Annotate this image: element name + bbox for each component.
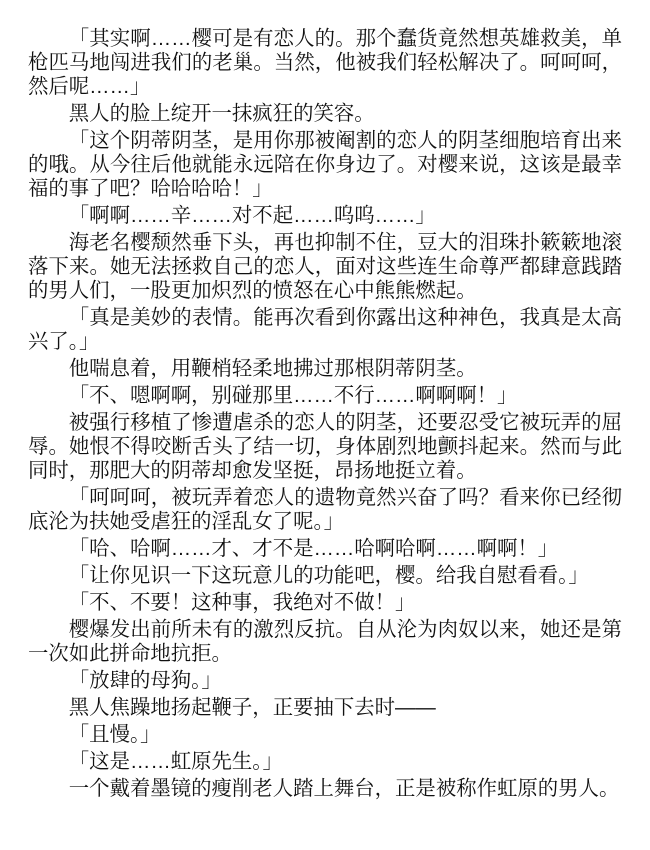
paragraph: 樱爆发出前所未有的激烈反抗。自从沦为肉奴以来，她还是第一次如此拼命地抗拒。: [28, 618, 622, 666]
paragraph: 「这个阴蒂阴茎，是用你那被阉割的恋人的阴茎细胞培育出来的哦。从今往后他就能永远陪…: [28, 129, 622, 201]
paragraph: 一个戴着墨镜的瘦削老人踏上舞台，正是被称作虹原的男人。: [28, 777, 622, 801]
paragraph: 他喘息着，用鞭梢轻柔地拂过那根阴蒂阴茎。: [28, 357, 622, 381]
paragraph: 「呵呵呵，被玩弄着恋人的遗物竟然兴奋了吗？看来你已经彻底沦为扶她受虐狂的淫乱女了…: [28, 486, 622, 534]
paragraph: 被强行移植了惨遭虐杀的恋人的阴茎，还要忍受它被玩弄的屈辱。她恨不得咬断舌头了结一…: [28, 411, 622, 483]
paragraph: 「不、嗯啊啊，别碰那里……不行……啊啊啊！」: [28, 384, 622, 408]
paragraph: 「真是美妙的表情。能再次看到你露出这种神色，我真是太高兴了。」: [28, 306, 622, 354]
paragraph: 海老名樱颓然垂下头，再也抑制不住，豆大的泪珠扑簌簌地滚落下来。她无法拯救自己的恋…: [28, 231, 622, 303]
paragraph: 「放肆的母狗。」: [28, 669, 622, 693]
paragraph: 黑人的脸上绽开一抹疯狂的笑容。: [28, 102, 622, 126]
paragraph: 「且慢。」: [28, 723, 622, 747]
paragraph: 「其实啊……樱可是有恋人的。那个蠢货竟然想英雄救美，单枪匹马地闯进我们的老巢。当…: [28, 27, 622, 99]
paragraph: 「不、不要！这种事，我绝对不做！」: [28, 591, 622, 615]
reader-page: 「其实啊……樱可是有恋人的。那个蠢货竟然想英雄救美，单枪匹马地闯进我们的老巢。当…: [0, 0, 650, 850]
paragraph: 黑人焦躁地扬起鞭子，正要抽下去时——: [28, 696, 622, 720]
paragraph: 「哈、哈啊……才、才不是……哈啊哈啊……啊啊！」: [28, 537, 622, 561]
paragraph: 「让你见识一下这玩意儿的功能吧，樱。给我自慰看看。」: [28, 564, 622, 588]
paragraph: 「啊啊……辛……对不起……呜呜……」: [28, 204, 622, 228]
paragraph: 「这是……虹原先生。」: [28, 750, 622, 774]
